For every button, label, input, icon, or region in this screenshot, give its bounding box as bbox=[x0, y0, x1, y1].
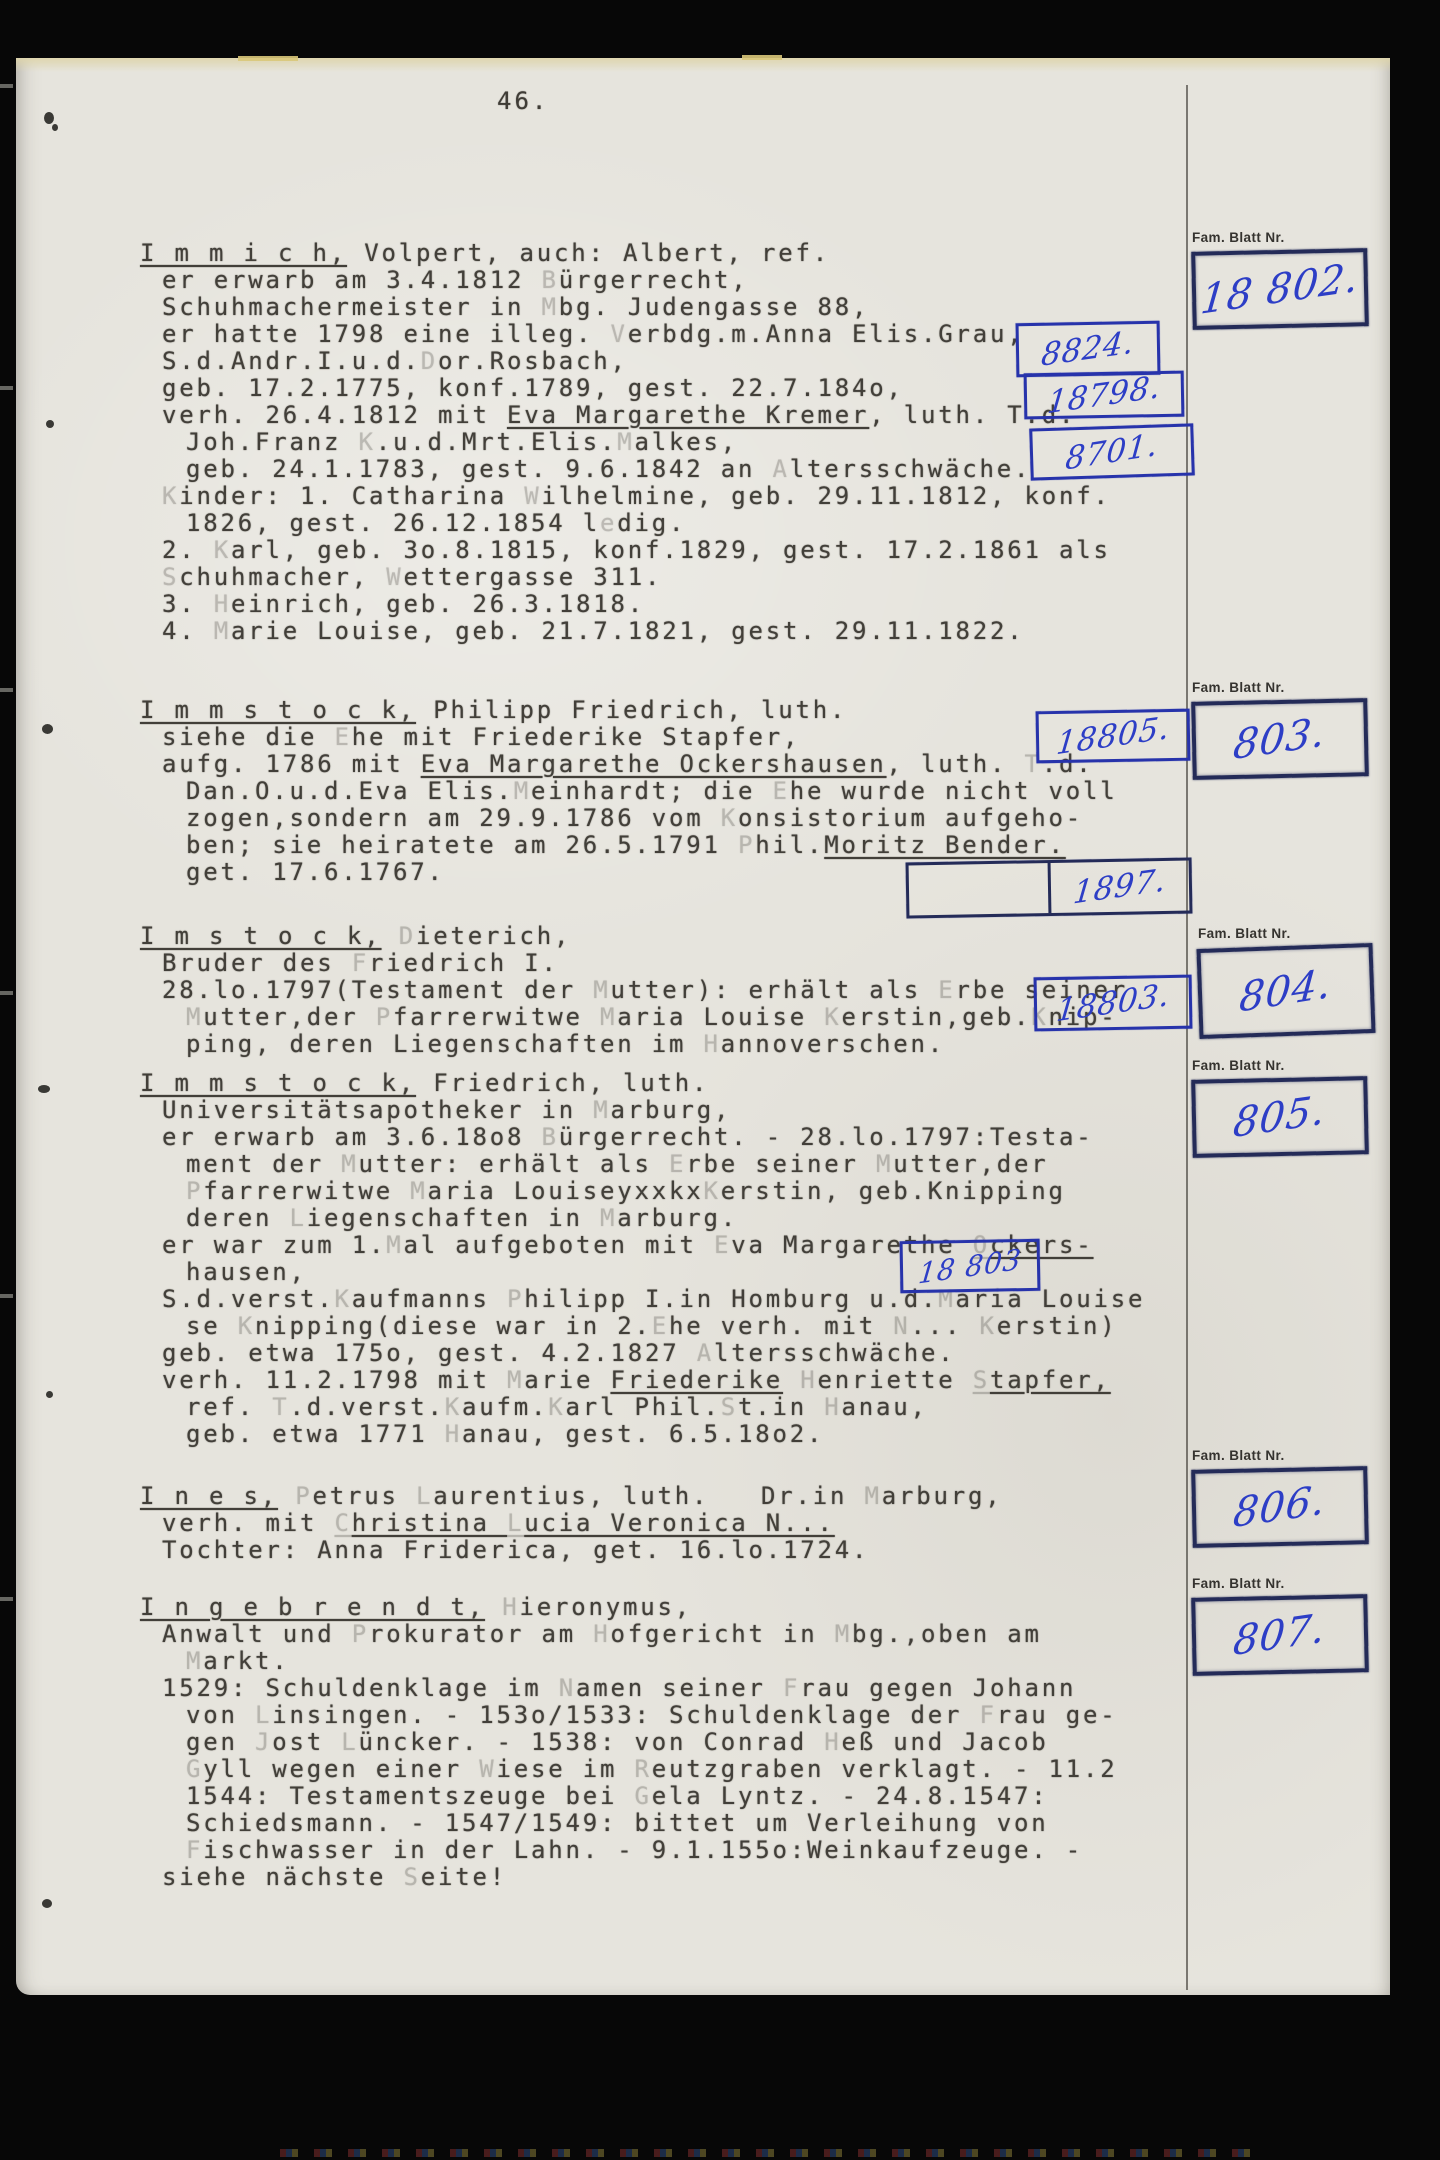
fam-blatt-number: 805. bbox=[1232, 1087, 1329, 1147]
typed-text: eite! bbox=[421, 1863, 507, 1891]
typed-text: amen seiner bbox=[576, 1674, 783, 1702]
typed-text: zogen,sondern am 29.9.1786 vom bbox=[186, 804, 721, 832]
typed-text: Philipp Friedrich, luth. bbox=[416, 696, 847, 724]
typed-text: E bbox=[773, 777, 790, 805]
typed-text: M bbox=[593, 976, 610, 1004]
ink-number: 1897. bbox=[1071, 862, 1168, 912]
typed-text: 2. bbox=[162, 536, 214, 564]
typed-text: eß und Jacob bbox=[841, 1728, 1048, 1756]
typed-text: verh. 26.4.1812 mit bbox=[162, 401, 507, 429]
typed-text: W bbox=[524, 482, 541, 510]
typed-text: siehe nächste bbox=[162, 1863, 404, 1891]
typed-text: K bbox=[214, 536, 231, 564]
typed-text: Eva Margarethe Kremer bbox=[507, 401, 869, 429]
typed-text: chuhmacher, bbox=[179, 563, 386, 591]
typed-text: Schiedsmann. - 1547/1549: bittet um Verl… bbox=[186, 1809, 1048, 1837]
typed-text: Friedrich, luth. bbox=[416, 1069, 709, 1097]
typed-line: geb. 24.1.1783, gest. 9.6.1842 an Alters… bbox=[140, 456, 1111, 483]
fam-blatt-label: Fam. Blatt Nr. bbox=[1192, 230, 1382, 245]
typed-text: M bbox=[864, 1482, 881, 1510]
paper-speck bbox=[46, 1391, 53, 1398]
typed-text: S bbox=[973, 1366, 990, 1394]
typed-text: einrich, geb. 26.3.1818. bbox=[231, 590, 645, 618]
typed-text: ürgerrecht. - 28.lo.1797:Testa- bbox=[559, 1123, 1094, 1151]
typed-text: erstin, geb.Knipping bbox=[721, 1177, 1066, 1205]
ink-box-8701: 8701. bbox=[1029, 423, 1195, 480]
typed-text: 1529: Schuldenklage im bbox=[162, 1674, 559, 1702]
typed-text: ltersschwäche. bbox=[714, 1339, 956, 1367]
ink-number: 18798. bbox=[1045, 369, 1162, 422]
typed-text: H bbox=[800, 1366, 817, 1394]
entry-immstock-philipp: I m m s t o c k, Philipp Friedrich, luth… bbox=[140, 697, 1118, 886]
typed-text: riedrich I. bbox=[369, 949, 559, 977]
typed-text: L bbox=[255, 1701, 272, 1729]
typed-text: arie Louise, geb. 21.7.1821, gest. 29.11… bbox=[231, 617, 1024, 645]
typed-text: Schuhmachermeister in bbox=[162, 293, 541, 321]
typed-text: arl, geb. 3o.8.1815, konf.1829, gest. 17… bbox=[231, 536, 1111, 564]
typed-text: einhardt; die bbox=[531, 777, 773, 805]
typed-text: ieronymus, bbox=[519, 1593, 692, 1621]
typed-line: I m m s t o c k, Friedrich, luth. bbox=[140, 1070, 1145, 1097]
typed-text: bg.,oben am bbox=[852, 1620, 1042, 1648]
typed-line: 3. Heinrich, geb. 26.3.1818. bbox=[140, 591, 1111, 618]
typed-text: K bbox=[359, 428, 376, 456]
typed-text: M bbox=[600, 1204, 617, 1232]
fam-blatt-stamp: Fam. Blatt Nr. 807. bbox=[1192, 1576, 1382, 1674]
typed-line: Kinder: 1. Catharina Wilhelmine, geb. 29… bbox=[140, 483, 1111, 510]
typed-line: S.d.Andr.I.u.d.Dor.Rosbach, bbox=[140, 348, 1111, 375]
typed-text: enriette bbox=[817, 1366, 972, 1394]
typed-text: M bbox=[186, 1003, 203, 1031]
margin-rule bbox=[1186, 85, 1188, 1990]
typed-text: T bbox=[272, 1393, 289, 1421]
ink-box-8824: 8824. bbox=[1016, 321, 1161, 378]
typed-text: B bbox=[541, 266, 558, 294]
typed-line: I m m i c h, Volpert, auch: Albert, ref. bbox=[140, 240, 1111, 267]
paper-speck bbox=[42, 1899, 52, 1908]
scanned-page-view: 46. I m m i c h, Volpert, auch: Albert, … bbox=[0, 0, 1440, 2160]
typed-text: P bbox=[376, 1003, 393, 1031]
scan-artifact bbox=[238, 56, 298, 61]
typed-text: K bbox=[824, 1003, 841, 1031]
typed-text: utter: erhält als bbox=[359, 1150, 670, 1178]
typed-text: S bbox=[721, 1393, 738, 1421]
edge-tick bbox=[0, 84, 13, 88]
edge-tick bbox=[0, 991, 13, 995]
fam-blatt-stamp: Fam. Blatt Nr. 804. bbox=[1198, 926, 1388, 1036]
typed-line: Universitätsapotheker in Marburg, bbox=[140, 1097, 1145, 1124]
paper-speck bbox=[42, 724, 53, 734]
typed-text: I m m s t o c k, bbox=[140, 1069, 416, 1097]
typed-text: 1544: Testamentszeuge bei bbox=[186, 1782, 634, 1810]
typed-text: L bbox=[290, 1204, 307, 1232]
typed-line: zogen,sondern am 29.9.1786 vom Konsistor… bbox=[140, 805, 1118, 832]
typed-text: M bbox=[341, 1150, 358, 1178]
typed-line: er erwarb am 3.4.1812 Bürgerrecht, bbox=[140, 267, 1111, 294]
typed-text: siehe die bbox=[162, 723, 335, 751]
typed-text: ürgerrecht, bbox=[559, 266, 749, 294]
typed-text: G bbox=[186, 1755, 203, 1783]
typed-text: Dan.O.u.d.Eva Elis. bbox=[186, 777, 514, 805]
typed-line: Joh.Franz K.u.d.Mrt.Elis.Malkes, bbox=[140, 429, 1111, 456]
typed-text: 28.lo.1797(Testament der bbox=[162, 976, 593, 1004]
ink-box-18803-b: 18 803 bbox=[900, 1239, 1041, 1293]
typed-text: 1826, gest. 26.12.1854 l bbox=[186, 509, 600, 537]
typed-text: 3. bbox=[162, 590, 214, 618]
typed-text: üncker. - 1538: von Conrad bbox=[359, 1728, 825, 1756]
typed-line: geb. 17.2.1775, konf.1789, gest. 22.7.18… bbox=[140, 375, 1111, 402]
typed-line: ment der Mutter: erhält als Erbe seiner … bbox=[140, 1151, 1145, 1178]
typed-text: M bbox=[507, 1366, 524, 1394]
stamp-box: 804. bbox=[1196, 943, 1375, 1039]
typed-line: I m m s t o c k, Philipp Friedrich, luth… bbox=[140, 697, 1118, 724]
stamp-box: 806. bbox=[1191, 1466, 1369, 1548]
typed-text: W bbox=[479, 1755, 496, 1783]
typed-text: er erwarb am 3.6.18o8 bbox=[162, 1123, 541, 1151]
typed-text: .u.d.Mrt.Elis. bbox=[376, 428, 618, 456]
typed-text: H bbox=[703, 1030, 720, 1058]
typed-text: W bbox=[386, 563, 403, 591]
typed-text: ilhelmine, geb. 29.11.1812, konf. bbox=[541, 482, 1110, 510]
typed-line: 4. Marie Louise, geb. 21.7.1821, gest. 2… bbox=[140, 618, 1111, 645]
typed-text: M bbox=[214, 617, 231, 645]
typed-text: H bbox=[824, 1728, 841, 1756]
typed-text: ltersschwäche. bbox=[790, 455, 1032, 483]
ink-number: 18805. bbox=[1054, 710, 1171, 763]
typed-text: F bbox=[979, 1701, 996, 1729]
typed-text: A bbox=[697, 1339, 714, 1367]
ink-box-number-cell: 1897. bbox=[1050, 868, 1189, 906]
typed-text: P bbox=[507, 1285, 524, 1313]
typed-line: 2. Karl, geb. 3o.8.1815, konf.1829, gest… bbox=[140, 537, 1111, 564]
typed-line: Markt. bbox=[140, 1648, 1117, 1675]
typed-text: D bbox=[421, 347, 438, 375]
typed-line: siehe nächste Seite! bbox=[140, 1864, 1117, 1891]
typed-text: geb. 24.1.1783, gest. 9.6.1842 an bbox=[186, 455, 772, 483]
typed-text: etrus bbox=[313, 1482, 417, 1510]
typed-text: utter): erhält als bbox=[610, 976, 938, 1004]
typed-text: hil. bbox=[755, 831, 824, 859]
edge-tick bbox=[0, 1294, 13, 1298]
typed-text: Bruder des bbox=[162, 949, 352, 977]
typed-text: ost bbox=[272, 1728, 341, 1756]
typed-text: hristina bbox=[352, 1509, 507, 1537]
typed-text: er war zum 1. bbox=[162, 1231, 386, 1259]
typed-text: gen bbox=[186, 1728, 255, 1756]
typed-text: S bbox=[404, 1863, 421, 1891]
typed-text: ucia Veronica N... bbox=[524, 1509, 835, 1537]
fam-blatt-stamp: Fam. Blatt Nr. 803. bbox=[1192, 680, 1382, 778]
edge-tick bbox=[0, 688, 13, 692]
typed-text: arburg, bbox=[882, 1482, 1003, 1510]
typed-text: ment der bbox=[186, 1150, 341, 1178]
typed-line: Bruder des Friedrich I. bbox=[140, 950, 1128, 977]
typed-text: alkes, bbox=[635, 428, 739, 456]
fam-blatt-stamp: Fam. Blatt Nr. 806. bbox=[1192, 1448, 1382, 1546]
entry-imstock-dieterich: I m s t o c k, Dieterich,Bruder des Frie… bbox=[140, 923, 1128, 1058]
typed-line: ref. T.d.verst.Kaufm.Karl Phil.St.in Han… bbox=[140, 1394, 1145, 1421]
typed-text: Eva Margarethe Ockershausen bbox=[421, 750, 887, 778]
typed-text: geb. etwa 175o, gest. 4.2.1827 bbox=[162, 1339, 697, 1367]
typed-text: verh. 11.2.1798 mit bbox=[162, 1366, 507, 1394]
fam-blatt-number: 806. bbox=[1232, 1477, 1329, 1537]
ink-number: 18 803 bbox=[917, 1242, 1024, 1290]
stamp-box: 807. bbox=[1191, 1594, 1369, 1676]
typed-text: I n e s, bbox=[140, 1482, 278, 1510]
typed-text: Universitätsapotheker in bbox=[162, 1096, 593, 1124]
typed-text: H bbox=[214, 590, 231, 618]
typed-line: Schuhmachermeister in Mbg. Judengasse 88… bbox=[140, 294, 1111, 321]
fam-blatt-label: Fam. Blatt Nr. bbox=[1192, 1058, 1382, 1073]
typed-text: deren bbox=[186, 1204, 290, 1232]
typed-text: annoverschen. bbox=[721, 1030, 945, 1058]
typed-line: siehe die Ehe mit Friederike Stapfer, bbox=[140, 724, 1118, 751]
typed-text: S.d.Andr.I.u.d. bbox=[162, 347, 421, 375]
typed-text: arie bbox=[524, 1366, 610, 1394]
typed-text: he verh. mit bbox=[669, 1312, 893, 1340]
typed-line: Mutter,der Pfarrerwitwe Maria Louise Ker… bbox=[140, 1004, 1128, 1031]
fam-blatt-label: Fam. Blatt Nr. bbox=[1192, 1576, 1382, 1591]
typed-text: nipping(diese war in 2. bbox=[255, 1312, 652, 1340]
typed-text: I m s t o c k, bbox=[140, 922, 382, 950]
typed-text: K bbox=[445, 1393, 462, 1421]
typed-text: rau ge- bbox=[997, 1701, 1118, 1729]
typed-text: aufm. bbox=[462, 1393, 548, 1421]
typed-text: he mit Friederike Stapfer, bbox=[352, 723, 800, 751]
typed-text: Joh.Franz bbox=[186, 428, 359, 456]
typed-text: aufg. 1786 mit bbox=[162, 750, 421, 778]
typed-text: D bbox=[399, 922, 416, 950]
typed-text: arl Phil. bbox=[566, 1393, 721, 1421]
typed-line: 1544: Testamentszeuge bei Gela Lyntz. - … bbox=[140, 1783, 1117, 1810]
ink-number: 8824. bbox=[1040, 324, 1137, 374]
ink-box-18798: 18798. bbox=[1024, 371, 1185, 420]
typed-text: C bbox=[335, 1509, 352, 1537]
typed-text: er hatte 1798 eine illeg. bbox=[162, 320, 610, 348]
typed-text: ischwasser in der Lahn. - 9.1.155o:Weink… bbox=[203, 1836, 1083, 1864]
typed-text: M bbox=[600, 1003, 617, 1031]
typed-line: Dan.O.u.d.Eva Elis.Meinhardt; die Ehe wu… bbox=[140, 778, 1118, 805]
typed-text: ettergasse 311. bbox=[404, 563, 663, 591]
fam-blatt-number: 18 802. bbox=[1199, 254, 1362, 324]
stamp-box: 18 802. bbox=[1191, 248, 1369, 330]
typed-text: Volpert, auch: Albert, ref. bbox=[347, 239, 830, 267]
typed-text: I m m s t o c k, bbox=[140, 696, 416, 724]
typed-text bbox=[382, 922, 399, 950]
typed-text: ofgericht in bbox=[611, 1620, 835, 1648]
typed-text: ref. bbox=[186, 1393, 272, 1421]
entry-ines-petrus: I n e s, Petrus Laurentius, luth. Dr.in … bbox=[140, 1483, 1002, 1564]
typed-text bbox=[783, 1366, 800, 1394]
fam-blatt-label: Fam. Blatt Nr. bbox=[1192, 680, 1382, 695]
typed-line: verh. 26.4.1812 mit Eva Margarethe Kreme… bbox=[140, 402, 1111, 429]
typed-text: F bbox=[783, 1674, 800, 1702]
typed-text: M bbox=[876, 1150, 893, 1178]
typed-text: I n g e b r e n d t, bbox=[140, 1593, 485, 1621]
typed-text: anau, gest. 6.5.18o2. bbox=[462, 1420, 824, 1448]
typed-text: L bbox=[341, 1728, 358, 1756]
typed-text: 4. bbox=[162, 617, 214, 645]
typed-text: anau, bbox=[842, 1393, 928, 1421]
paper-speck bbox=[44, 112, 54, 124]
typed-text: F bbox=[186, 1836, 203, 1864]
typed-text: H bbox=[502, 1593, 519, 1621]
fam-blatt-label: Fam. Blatt Nr. bbox=[1198, 926, 1388, 941]
page-number: 46. bbox=[497, 88, 549, 114]
typed-line: Fischwasser in der Lahn. - 9.1.155o:Wein… bbox=[140, 1837, 1117, 1864]
edge-tick bbox=[0, 386, 13, 390]
typed-text: geb. etwa 1771 bbox=[186, 1420, 445, 1448]
edge-tick bbox=[0, 1597, 13, 1601]
typed-text: H bbox=[593, 1620, 610, 1648]
typed-text: P bbox=[295, 1482, 312, 1510]
typed-text: P bbox=[738, 831, 755, 859]
ink-number: 8701. bbox=[1064, 426, 1160, 477]
typed-text: inder: 1. Catharina bbox=[179, 482, 524, 510]
typed-text: ... bbox=[910, 1312, 979, 1340]
typed-line: 28.lo.1797(Testament der Mutter): erhält… bbox=[140, 977, 1128, 1004]
typed-text: iese im bbox=[497, 1755, 635, 1783]
typed-text: hausen, bbox=[186, 1258, 307, 1286]
typed-text: onsistorium aufgeho- bbox=[738, 804, 1083, 832]
ink-box-18805: 18805. bbox=[1036, 709, 1191, 764]
typed-line: 1826, gest. 26.12.1854 ledig. bbox=[140, 510, 1111, 537]
typed-text: K bbox=[548, 1393, 565, 1421]
typed-text: H bbox=[445, 1420, 462, 1448]
typed-text: utter,der bbox=[203, 1003, 376, 1031]
typed-text: A bbox=[772, 455, 789, 483]
typed-text: M bbox=[617, 428, 634, 456]
typed-line: 1529: Schuldenklage im Namen seiner Frau… bbox=[140, 1675, 1117, 1702]
typed-text: .d.verst. bbox=[290, 1393, 445, 1421]
typed-line: er hatte 1798 eine illeg. Verbdg.m.Anna … bbox=[140, 321, 1111, 348]
typed-text: arburg. bbox=[617, 1204, 738, 1232]
typed-text: Tochter: Anna Friderica, get. 16.lo.1724… bbox=[162, 1536, 869, 1564]
typed-text: erbdg.m.Anna Elis.Grau, bbox=[628, 320, 1025, 348]
typed-text: verh. mit bbox=[162, 1509, 335, 1537]
typed-line: I m s t o c k, Dieterich, bbox=[140, 923, 1128, 950]
typed-text: eutzgraben verklagt. - 11.2 bbox=[652, 1755, 1118, 1783]
typed-text bbox=[485, 1593, 502, 1621]
typed-text: J bbox=[255, 1728, 272, 1756]
typed-text: rbe seiner bbox=[686, 1150, 876, 1178]
scan-artifact bbox=[742, 55, 782, 60]
typed-line: Schiedsmann. - 1547/1549: bittet um Verl… bbox=[140, 1810, 1117, 1837]
typed-line: verh. mit Christina Lucia Veronica N... bbox=[140, 1510, 1002, 1537]
typed-text: L bbox=[507, 1509, 524, 1537]
typed-text: arkt. bbox=[203, 1647, 289, 1675]
ink-box-1897: 1897. bbox=[906, 858, 1193, 919]
typed-text: G bbox=[634, 1782, 651, 1810]
typed-text: S bbox=[162, 563, 179, 591]
typed-text: get. 17.6.1767. bbox=[186, 858, 445, 886]
typed-text: M bbox=[835, 1620, 852, 1648]
typed-text: M bbox=[514, 777, 531, 805]
typed-text: bg. Judengasse 88, bbox=[559, 293, 870, 321]
typed-text: N bbox=[893, 1312, 910, 1340]
typed-text: rokurator am bbox=[369, 1620, 593, 1648]
typed-text: M bbox=[593, 1096, 610, 1124]
stamp-box: 805. bbox=[1191, 1076, 1369, 1158]
typed-text: aria Louiseyxxkx bbox=[428, 1177, 704, 1205]
typed-line: aufg. 1786 mit Eva Margarethe Ockershaus… bbox=[140, 751, 1118, 778]
typed-text: K bbox=[162, 482, 179, 510]
ink-box-empty-cell bbox=[909, 863, 1051, 915]
typed-text: E bbox=[652, 1312, 669, 1340]
typed-text: E bbox=[335, 723, 352, 751]
typed-line: er erwarb am 3.6.18o8 Bürgerrecht. - 28.… bbox=[140, 1124, 1145, 1151]
typed-text: he wurde nicht voll bbox=[790, 777, 1118, 805]
typed-text: L bbox=[416, 1482, 433, 1510]
typed-text: geb. 17.2.1775, konf.1789, gest. 22.7.18… bbox=[162, 374, 904, 402]
typed-text: Anwalt und bbox=[162, 1620, 352, 1648]
typed-text: iegenschaften in bbox=[307, 1204, 600, 1232]
typed-text: M bbox=[386, 1231, 403, 1259]
typed-text: E bbox=[714, 1231, 731, 1259]
typed-text: Friederike bbox=[610, 1366, 783, 1394]
typed-text: tapfer, bbox=[990, 1366, 1111, 1394]
typed-text: utter,der bbox=[893, 1150, 1048, 1178]
typed-text: ping, deren Liegenschaften im bbox=[186, 1030, 703, 1058]
typed-line: von Linsingen. - 153o/1533: Schuldenklag… bbox=[140, 1702, 1117, 1729]
typed-line: ping, deren Liegenschaften im Hannoversc… bbox=[140, 1031, 1128, 1058]
typed-text: ela Lyntz. - 24.8.1547: bbox=[652, 1782, 1049, 1810]
typed-line: deren Liegenschaften in Marburg. bbox=[140, 1205, 1145, 1232]
typed-text: von bbox=[186, 1701, 255, 1729]
typed-text: yll wegen einer bbox=[203, 1755, 479, 1783]
paper-speck bbox=[46, 420, 54, 428]
typed-text: al aufgeboten mit bbox=[404, 1231, 715, 1259]
typed-line: ben; sie heiratete am 26.5.1791 Phil.Mor… bbox=[140, 832, 1118, 859]
typed-text: , luth. bbox=[886, 750, 1024, 778]
typed-text bbox=[278, 1482, 295, 1510]
fam-blatt-stamp: Fam. Blatt Nr. 18 802. bbox=[1192, 230, 1382, 328]
typed-text: M bbox=[541, 293, 558, 321]
typed-text: arburg, bbox=[610, 1096, 731, 1124]
fam-blatt-stamp: Fam. Blatt Nr. 805. bbox=[1192, 1058, 1382, 1156]
ink-box-18803: 18803. bbox=[1034, 975, 1193, 1032]
stamp-box: 803. bbox=[1191, 698, 1369, 780]
typed-text: aria Louise bbox=[617, 1003, 824, 1031]
typed-text: N bbox=[559, 1674, 576, 1702]
fam-blatt-number: 807. bbox=[1232, 1605, 1329, 1665]
typed-text: K bbox=[721, 804, 738, 832]
typed-text: dig. bbox=[617, 509, 686, 537]
typed-text: E bbox=[669, 1150, 686, 1178]
typed-text: farrerwitwe bbox=[203, 1177, 410, 1205]
typed-text: t.in bbox=[738, 1393, 824, 1421]
typed-text: B bbox=[541, 1123, 558, 1151]
typed-text: H bbox=[824, 1393, 841, 1421]
typed-text: aurentius, luth. Dr.in bbox=[433, 1482, 864, 1510]
typed-text: er erwarb am 3.4.1812 bbox=[162, 266, 541, 294]
typed-line: gen Jost Lüncker. - 1538: von Conrad Heß… bbox=[140, 1729, 1117, 1756]
typed-text: rau gegen Johann bbox=[800, 1674, 1076, 1702]
typed-text: K bbox=[979, 1312, 996, 1340]
fam-blatt-label: Fam. Blatt Nr. bbox=[1192, 1448, 1382, 1463]
fam-blatt-number: 803. bbox=[1232, 709, 1329, 769]
typed-text: K bbox=[335, 1285, 352, 1313]
typed-text: V bbox=[610, 320, 627, 348]
typed-text: farrerwitwe bbox=[393, 1003, 600, 1031]
typed-line: Gyll wegen einer Wiese im Reutzgraben ve… bbox=[140, 1756, 1117, 1783]
typed-line: se Knipping(diese war in 2.Ehe verh. mit… bbox=[140, 1313, 1145, 1340]
typed-text: P bbox=[186, 1177, 203, 1205]
typed-text: or.Rosbach, bbox=[438, 347, 628, 375]
paper-speck bbox=[38, 1085, 50, 1093]
typed-text: erstin,geb. bbox=[842, 1003, 1032, 1031]
typed-text: se bbox=[186, 1312, 238, 1340]
